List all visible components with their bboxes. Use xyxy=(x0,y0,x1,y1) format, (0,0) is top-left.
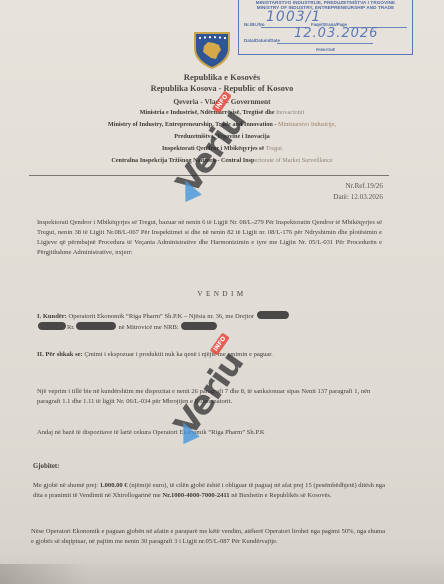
violation-paragraph: Një veprim i tillë bie në kundërshtim me… xyxy=(37,387,382,407)
watermark-accent-icon xyxy=(177,176,202,202)
fine-text-a: Me gjobë në shumë prej: xyxy=(33,482,100,489)
fine-paragraph: Me gjobë në shumë prej: 1.000.00 € (njëm… xyxy=(33,481,385,501)
stamp-ministry-line-en: MINISTRY OF INDUSTRY, ENTREPRENEURSHIP A… xyxy=(239,5,412,10)
stamp-date-label: Data/Datum/Date xyxy=(244,38,280,43)
header-ministry-sq-main: Ministria e Industrisë, Ndërmarrësisë, T… xyxy=(140,109,276,116)
section-against: I. Kundër: Operatorit Ekonomik “Riga Pha… xyxy=(37,311,382,333)
header-inspectorate-sq-faded: Tregut xyxy=(266,145,282,152)
header-ministry-sq-faded: Inovacionit xyxy=(276,109,304,116)
header-ministry-sr-faded: Ministarstvo Industrije, xyxy=(278,121,336,128)
registration-stamp: MINISTARSTVO INDUSTRIJE, PREDUZETNIŠTVA … xyxy=(238,0,413,55)
section-reason: II. Për shkak se: Çmimi i ekspozuar i pr… xyxy=(37,350,382,360)
page-corner-shadow xyxy=(0,564,90,584)
header-inspectorate-main: Centralna Inspekcija Tržišnog Nadzora - … xyxy=(111,157,254,164)
header-divider xyxy=(29,175,389,176)
section-reason-label: II. Për shkak se: xyxy=(37,351,83,358)
header-government: Qeveria - Vlada – Government xyxy=(0,97,444,106)
fine-text-c: në Buxhetin e Republikës së Kosovës. xyxy=(230,492,332,499)
section-against-text-b: Rr. xyxy=(67,324,75,331)
section-reason-text: Çmimi i ekspozuar i produktit nuk ka qen… xyxy=(83,351,273,358)
header-ministry-sr: Preduzetništva, Trgovine i Inovacija xyxy=(0,133,444,140)
intro-paragraph: Inspektorati Qendror i Mbikëqyrjes së Tr… xyxy=(37,218,382,258)
fine-heading: Gjobitet: xyxy=(33,463,59,470)
reduction-paragraph: Nëse Operatori Ekonomik e paguan gjobën … xyxy=(31,527,385,547)
header-ministry-en: Ministry of Industry, Entrepreneurship, … xyxy=(0,121,444,128)
stamp-footer: PRISHTINË xyxy=(239,48,412,52)
redaction-nrb xyxy=(181,322,217,330)
header-inspectorate-faded: ectorate of Market Surveillance xyxy=(254,157,332,164)
kosovo-coat-of-arms-icon xyxy=(190,30,234,70)
header-republic-multi: Republika Kosova - Republic of Kosovo xyxy=(0,84,444,93)
redaction-director-surname xyxy=(38,322,66,330)
fine-account-number: Nr.1000-4000-7000-2411 xyxy=(162,492,229,499)
header-inspectorate-sr-en: Centralna Inspekcija Tržišnog Nadzora - … xyxy=(0,157,444,164)
header-ministry-en-main: Ministry of Industry, Entrepreneurship, … xyxy=(108,121,278,128)
header-inspectorate-sq-main: Inspektorati Qendror i Mbikëqyrjes së xyxy=(162,145,266,152)
stamp-date-line xyxy=(277,43,373,44)
redaction-director-name xyxy=(257,311,289,319)
section-against-text-c: në Mitrovicë me NRB: xyxy=(117,324,180,331)
header-republic-sq: Republika e Kosovës xyxy=(0,72,444,82)
header-inspectorate-sq: Inspektorati Qendror i Mbikëqyrjes së Tr… xyxy=(0,145,444,152)
stamp-date-handwritten: 12.03.2026 xyxy=(294,26,378,41)
header-ministry-sq: Ministria e Industrisë, Ndërmarrësisë, T… xyxy=(0,109,444,116)
reference-number: Nr.Ref.19/26 xyxy=(345,182,383,190)
section-against-label: I. Kundër: xyxy=(37,313,67,320)
document-page: MINISTARSTVO INDUSTRIJE, PREDUZETNIŠTVA … xyxy=(0,0,444,584)
redaction-street xyxy=(76,322,116,330)
reference-date: Datë: 12.03.2026 xyxy=(333,193,383,201)
document-title: VENDIM xyxy=(0,290,444,298)
fine-amount: 1.000.00 € xyxy=(100,482,128,489)
therefore-paragraph: Andaj në bazë të dispozitave të lartë ce… xyxy=(37,428,382,438)
section-against-text-a: Operatorit Ekonomik “Riga Pharm” Sh.P.K … xyxy=(67,313,256,320)
